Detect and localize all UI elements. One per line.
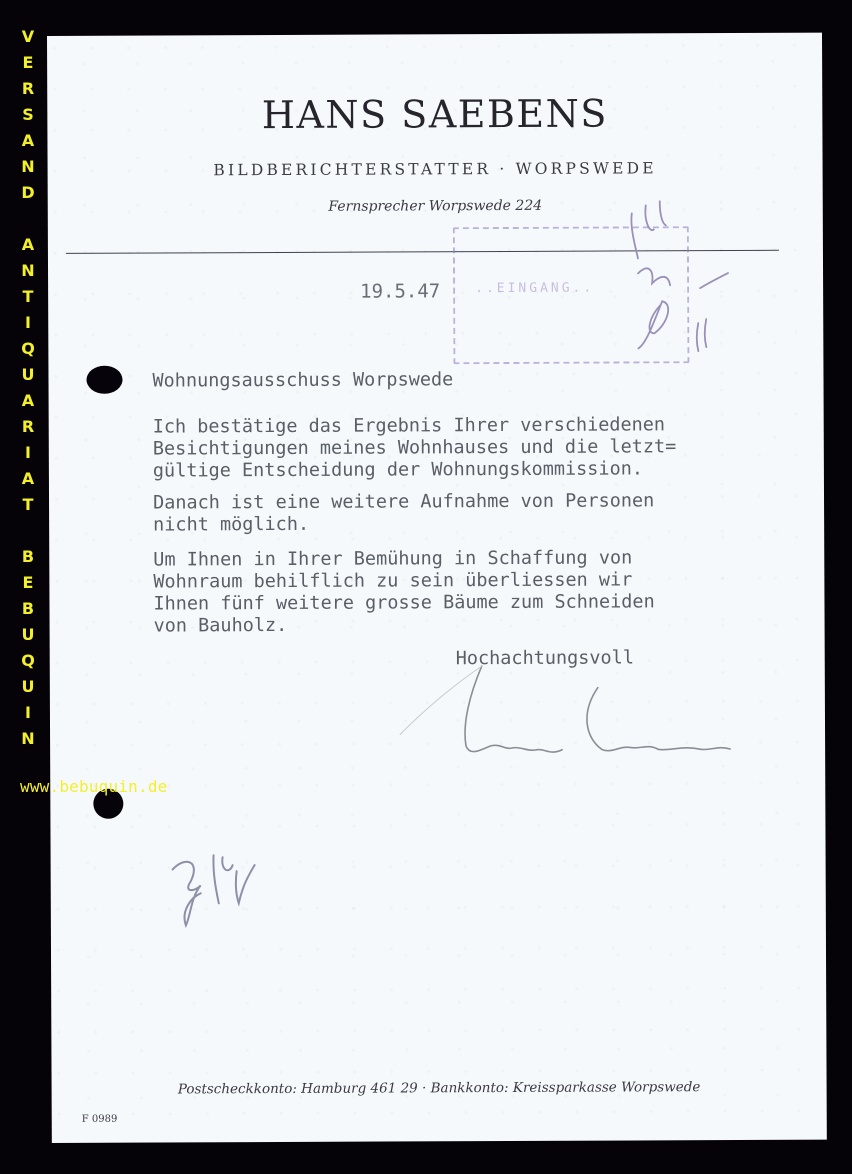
side-banner-letter: I xyxy=(19,700,37,726)
side-banner-letter: R xyxy=(19,414,37,440)
letterhead-name: HANS SAEBENS xyxy=(47,91,822,138)
side-banner-letter: N xyxy=(19,726,37,752)
footer-accounts: Postscheckkonto: Hamburg 461 29 · Bankko… xyxy=(52,1079,827,1098)
side-banner-letter: V xyxy=(19,24,37,50)
side-banner-letter: A xyxy=(19,232,37,258)
letter-closing: Hochachtungsvoll xyxy=(456,647,634,670)
side-banner-letter: U xyxy=(19,622,37,648)
side-banner-letter: T xyxy=(19,492,37,518)
form-number: F 0989 xyxy=(82,1114,118,1125)
letter-paragraph: Ich bestätige das Ergebnis Ihrer verschi… xyxy=(153,414,677,482)
side-banner-letter xyxy=(19,206,37,232)
side-banner-letter: N xyxy=(19,258,37,284)
side-banner-letter xyxy=(19,518,37,544)
side-banner-letter: I xyxy=(19,440,37,466)
website-watermark: www.bebuquin.de xyxy=(20,777,168,796)
initials-annotation-icon xyxy=(173,855,255,925)
side-banner-letter: T xyxy=(19,284,37,310)
letterhead-subtitle: BILDBERICHTERSTATTER · WORPSWEDE xyxy=(48,159,823,180)
stamp-text: ..EINGANG.. xyxy=(475,281,594,297)
letter-date: 19.5.47 xyxy=(360,280,440,302)
side-banner-letter: Q xyxy=(19,648,37,674)
letterhead-phone: Fernsprecher Worpswede 224 xyxy=(48,197,823,216)
side-banner-letter: S xyxy=(19,102,37,128)
punch-hole xyxy=(86,366,122,394)
letter-paragraph: Danach ist eine weitere Aufnahme von Per… xyxy=(153,490,654,536)
side-banner-letter: E xyxy=(19,570,37,596)
side-banner-letter: U xyxy=(19,362,37,388)
side-banner-letter: A xyxy=(19,388,37,414)
side-banner-letter: U xyxy=(19,674,37,700)
side-banner-letter: N xyxy=(19,154,37,180)
letter-paragraph: Um Ihnen in Ihrer Bemühung in Schaffung … xyxy=(153,547,655,637)
side-banner-letter: A xyxy=(19,128,37,154)
side-banner-letter: I xyxy=(19,310,37,336)
side-banner-letter: R xyxy=(19,76,37,102)
side-banner-letter: A xyxy=(19,466,37,492)
side-banner-letter: B xyxy=(19,544,37,570)
signature-icon xyxy=(400,665,730,753)
received-stamp: ..EINGANG.. xyxy=(453,226,690,364)
side-banner-letter: Q xyxy=(19,336,37,362)
letter-recipient: Wohnungsausschuss Worpswede xyxy=(152,369,453,392)
letter-page: HANS SAEBENS BILDBERICHTERSTATTER · WORP… xyxy=(47,33,827,1143)
side-banner-letter: E xyxy=(19,50,37,76)
side-banner-letter: B xyxy=(19,596,37,622)
side-banner-letter: D xyxy=(19,180,37,206)
side-banner-watermark: VERSAND ANTIQUARIAT BEBUQUIN xyxy=(19,24,37,752)
